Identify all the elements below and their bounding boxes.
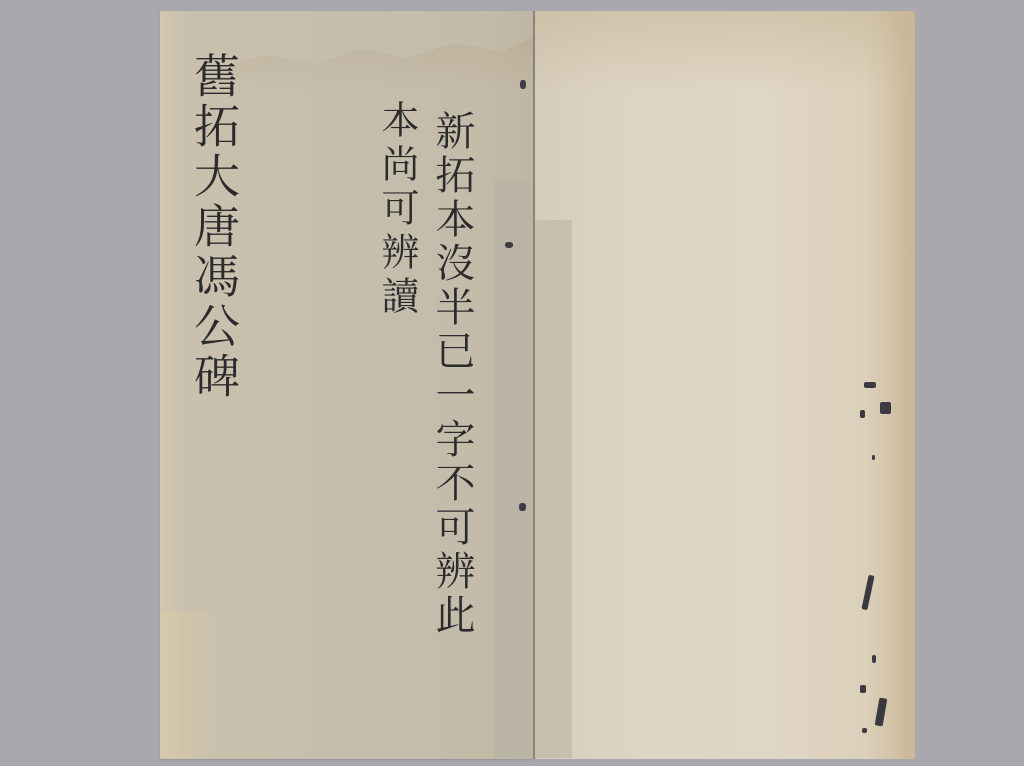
title-calligraphy: 舊拓大唐馮公碑	[186, 52, 242, 402]
spine-fold	[533, 11, 535, 759]
inscription-column-2: 本尚可辨讀	[374, 100, 420, 320]
water-stain	[535, 11, 915, 91]
open-book: 舊拓大唐馮公碑 新拓本沒半已一字不可辨此 本尚可辨讀	[0, 0, 1024, 766]
gutter-repair-strip	[534, 220, 572, 758]
right-page	[535, 11, 915, 759]
inscription-column-1: 新拓本沒半已一字不可辨此	[428, 110, 476, 638]
gutter-repair-strip	[494, 180, 532, 758]
edge-stain	[160, 611, 220, 759]
bleed-through-marks	[860, 380, 900, 740]
ink-spot	[520, 80, 526, 89]
ink-spot	[519, 503, 526, 511]
water-stain	[220, 31, 533, 91]
ink-spot	[505, 242, 513, 248]
